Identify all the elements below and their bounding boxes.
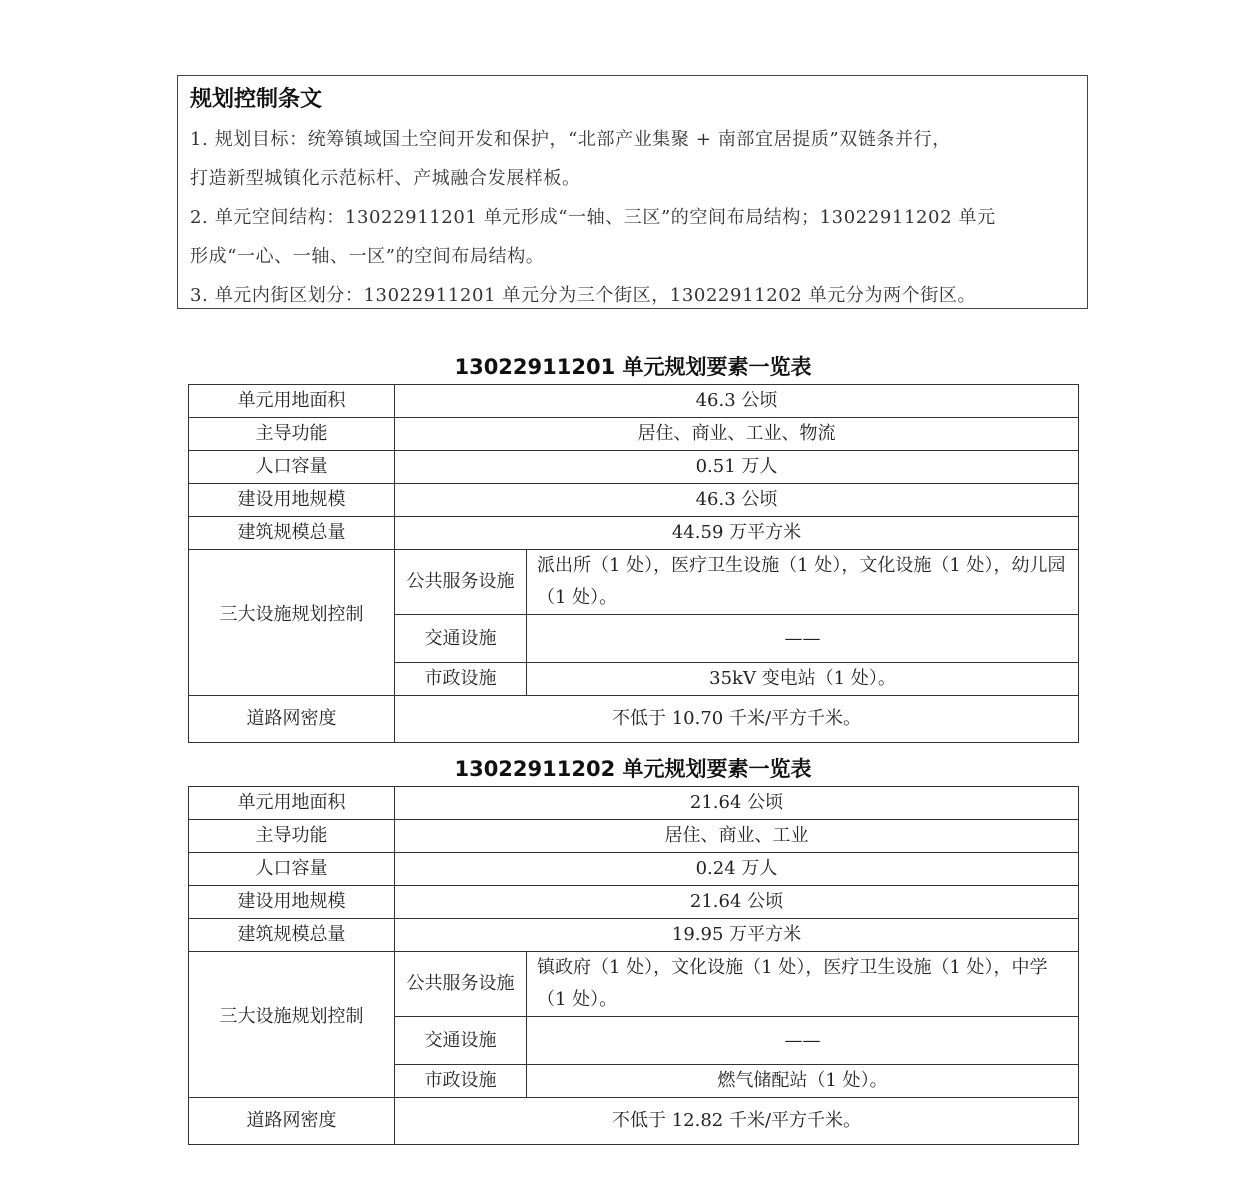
row-value: 21.64 公顷 (395, 886, 1079, 919)
row-label: 单元用地面积 (189, 385, 395, 418)
table-row: 人口容量 0.51 万人 (189, 451, 1079, 484)
public-facilities-value: 镇政府（1 处），文化设施（1 处），医疗卫生设施（1 处），中学（1 处）。 (527, 952, 1079, 1017)
table-row: 主导功能 居住、商业、工业、物流 (189, 418, 1079, 451)
road-density-value: 不低于 12.82 千米/平方千米。 (395, 1098, 1079, 1145)
traffic-facilities-value: —— (527, 615, 1079, 663)
row-value: 0.24 万人 (395, 853, 1079, 886)
table-row: 人口容量 0.24 万人 (189, 853, 1079, 886)
table-row: 三大设施规划控制 公共服务设施 镇政府（1 处），文化设施（1 处），医疗卫生设… (189, 952, 1079, 1017)
row-label: 主导功能 (189, 820, 395, 853)
facilities-label: 三大设施规划控制 (189, 550, 395, 696)
row-label: 人口容量 (189, 451, 395, 484)
road-density-value: 不低于 10.70 千米/平方千米。 (395, 696, 1079, 743)
public-facilities-label: 公共服务设施 (395, 550, 527, 615)
road-density-label: 道路网密度 (189, 696, 395, 743)
facilities-label: 三大设施规划控制 (189, 952, 395, 1098)
clause-1-line-2: 打造新型城镇化示范标杆、产城融合发展样板。 (190, 159, 1077, 198)
unit-2-elements-table: 单元用地面积 21.64 公顷 主导功能 居住、商业、工业 人口容量 0.24 … (188, 786, 1079, 1145)
public-facilities-value: 派出所（1 处），医疗卫生设施（1 处），文化设施（1 处），幼儿园（1 处）。 (527, 550, 1079, 615)
row-value: 21.64 公顷 (395, 787, 1079, 820)
traffic-facilities-value: —— (527, 1017, 1079, 1065)
table-row: 三大设施规划控制 公共服务设施 派出所（1 处），医疗卫生设施（1 处），文化设… (189, 550, 1079, 615)
table-row: 建设用地规模 21.64 公顷 (189, 886, 1079, 919)
clause-1-line-1: 1. 规划目标：统筹镇域国土空间开发和保护，“北部产业集聚 + 南部宜居提质”双… (190, 120, 1077, 159)
municipal-facilities-value: 35kV 变电站（1 处）。 (527, 663, 1079, 696)
planning-control-clauses: 规划控制条文 1. 规划目标：统筹镇域国土空间开发和保护，“北部产业集聚 + 南… (177, 75, 1088, 309)
table-row: 建筑规模总量 19.95 万平方米 (189, 919, 1079, 952)
table-row: 建筑规模总量 44.59 万平方米 (189, 517, 1079, 550)
row-value: 居住、商业、工业、物流 (395, 418, 1079, 451)
municipal-facilities-value: 燃气储配站（1 处）。 (527, 1065, 1079, 1098)
unit-1-elements-table: 单元用地面积 46.3 公顷 主导功能 居住、商业、工业、物流 人口容量 0.5… (188, 384, 1079, 743)
row-value: 46.3 公顷 (395, 484, 1079, 517)
public-facilities-label: 公共服务设施 (395, 952, 527, 1017)
municipal-facilities-label: 市政设施 (395, 663, 527, 696)
table-row: 建设用地规模 46.3 公顷 (189, 484, 1079, 517)
traffic-facilities-label: 交通设施 (395, 615, 527, 663)
clauses-title: 规划控制条文 (190, 80, 1077, 120)
row-value: 居住、商业、工业 (395, 820, 1079, 853)
table-row: 主导功能 居住、商业、工业 (189, 820, 1079, 853)
row-label: 单元用地面积 (189, 787, 395, 820)
row-value: 19.95 万平方米 (395, 919, 1079, 952)
clause-2-line-2: 形成“一心、一轴、一区”的空间布局结构。 (190, 237, 1077, 276)
row-label: 建设用地规模 (189, 484, 395, 517)
clause-2-line-1: 2. 单元空间结构：13022911201 单元形成“一轴、三区”的空间布局结构… (190, 198, 1077, 237)
table-row: 单元用地面积 21.64 公顷 (189, 787, 1079, 820)
table-1-title: 13022911201 单元规划要素一览表 (188, 353, 1078, 381)
municipal-facilities-label: 市政设施 (395, 1065, 527, 1098)
row-label: 建筑规模总量 (189, 919, 395, 952)
row-value: 44.59 万平方米 (395, 517, 1079, 550)
row-label: 建设用地规模 (189, 886, 395, 919)
row-label: 主导功能 (189, 418, 395, 451)
row-value: 46.3 公顷 (395, 385, 1079, 418)
table-2-title: 13022911202 单元规划要素一览表 (188, 755, 1078, 783)
table-row: 道路网密度 不低于 10.70 千米/平方千米。 (189, 696, 1079, 743)
row-label: 建筑规模总量 (189, 517, 395, 550)
clause-3: 3. 单元内街区划分：13022911201 单元分为三个街区，13022911… (190, 276, 1077, 315)
row-label: 人口容量 (189, 853, 395, 886)
row-value: 0.51 万人 (395, 451, 1079, 484)
table-row: 道路网密度 不低于 12.82 千米/平方千米。 (189, 1098, 1079, 1145)
table-row: 单元用地面积 46.3 公顷 (189, 385, 1079, 418)
traffic-facilities-label: 交通设施 (395, 1017, 527, 1065)
road-density-label: 道路网密度 (189, 1098, 395, 1145)
